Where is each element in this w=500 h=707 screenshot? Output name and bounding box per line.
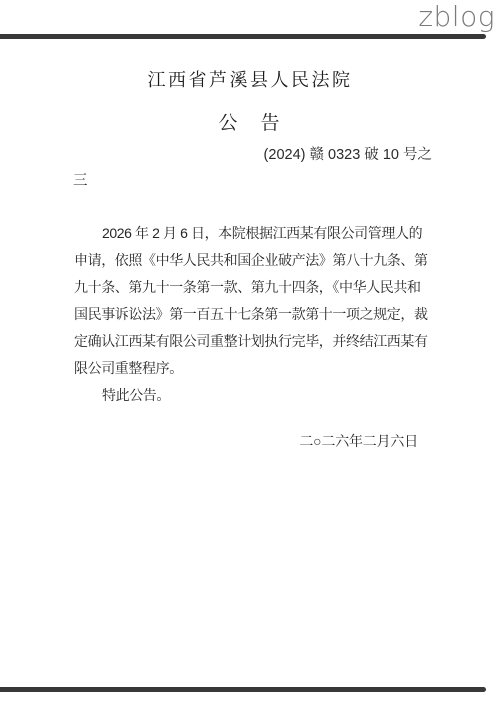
body-line-4: 国民事诉讼法》第一百五十七条第一款第十一项之规定，裁 xyxy=(74,301,434,328)
announcement-date: 二○二六年二月六日 xyxy=(0,428,500,455)
body-line-6: 限公司重整程序。 xyxy=(74,355,434,382)
body-line-3: 九十条、第九十一条第一款、第九十四条，《中华人民共和 xyxy=(74,274,434,301)
case-number-line: (2024) 赣 0323 破 10 号之 xyxy=(0,143,500,164)
bottom-divider-bar xyxy=(0,687,486,692)
body-line-5: 定确认江西某有限公司重整计划执行完毕，并终结江西某有 xyxy=(74,328,434,355)
court-name-heading: 江西省芦溪县人民法院 xyxy=(0,66,500,92)
zblog-watermark: zblog xyxy=(418,0,495,33)
case-number-overflow: 三 xyxy=(73,169,88,190)
closing-statement: 特此公告。 xyxy=(102,382,170,409)
top-divider-bar xyxy=(0,34,486,39)
body-line-1: 2026 年 2 月 6 日，本院根据江西某有限公司管理人的 xyxy=(74,220,434,247)
announcement-page: zblog 江西省芦溪县人民法院 公 告 (2024) 赣 0323 破 10 … xyxy=(0,0,500,707)
notice-title: 公 告 xyxy=(0,108,500,135)
body-line-2: 申请，依照《中华人民共和国企业破产法》第八十九条、第 xyxy=(74,247,434,274)
